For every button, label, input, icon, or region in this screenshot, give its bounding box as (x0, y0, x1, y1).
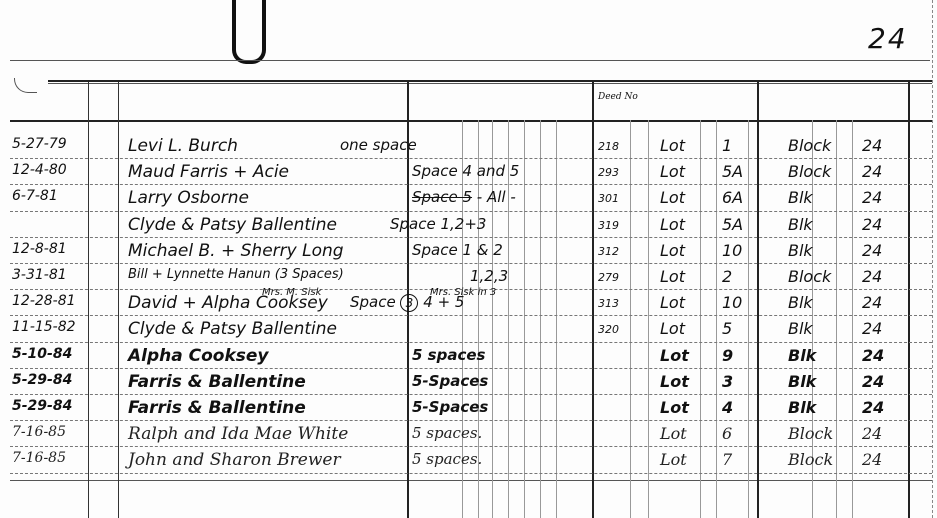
entry-date: 11-15-82 (12, 319, 76, 335)
entry-lot: 5 (722, 319, 732, 338)
entry-block-label: Blk (788, 293, 813, 312)
row-rule (10, 446, 932, 447)
entry-block: 24 (862, 346, 884, 365)
entry-spaces: 5 spaces. (412, 450, 482, 468)
spaces-value: - All - (472, 188, 516, 206)
entry-deed-number: 279 (598, 271, 619, 284)
entry-date: 12-8-81 (12, 241, 67, 257)
row-rule (10, 342, 932, 343)
deed-number-header: Deed No (598, 92, 638, 102)
entry-date: 3-31-81 (12, 267, 67, 283)
entry-block: 24 (862, 293, 882, 312)
ledger-row: Clyde & Patsy BallentineSpace 1,2+3319Lo… (0, 215, 937, 241)
entry-block-label: Block (788, 136, 831, 155)
entry-spaces: 5-Spaces (412, 372, 488, 390)
entry-deed-number: 218 (598, 140, 619, 153)
ledger-row: 12-4-80Maud Farris + AcieSpace 4 and 529… (0, 162, 937, 188)
ledger-row: 12-28-81David + Alpha CookseySpace 3 4 +… (0, 293, 937, 319)
entry-deed-number: 313 (598, 297, 619, 310)
header-top-rule-2 (48, 83, 932, 84)
entry-block-label: Blk (788, 241, 813, 260)
entry-block: 24 (862, 267, 882, 286)
entry-name: Alpha Cooksey (128, 346, 269, 366)
header-bottom-rule (10, 120, 932, 122)
header-top-rule (48, 80, 932, 82)
entry-name: Clyde & Patsy Ballentine (128, 319, 337, 339)
ledger-row: 5-27-79Levi L. Burchone space218Lot1Bloc… (0, 136, 937, 162)
entry-lot: 5A (722, 162, 743, 181)
entry-block: 24 (862, 398, 884, 417)
entry-spaces: 1,2,3 (470, 267, 508, 285)
entry-name: Farris & Ballentine (128, 398, 306, 418)
entry-date: 5-10-84 (12, 346, 72, 362)
entry-name: Maud Farris + Acie (128, 162, 289, 182)
entry-block-label: Blk (788, 398, 816, 417)
entry-spaces: 5 spaces (412, 346, 485, 364)
entry-lot-label: Lot (660, 346, 689, 365)
entry-date: 6-7-81 (12, 188, 58, 204)
entry-lot-label: Lot (660, 267, 685, 286)
entry-lot: 6 (722, 424, 732, 443)
entry-lot: 6A (722, 188, 743, 207)
entry-lot: 2 (722, 267, 732, 286)
entry-deed-number: 319 (598, 219, 619, 232)
entry-lot-label: Lot (660, 424, 687, 443)
entry-lot: 10 (722, 293, 742, 312)
entry-lot: 9 (722, 346, 733, 365)
row-rule (10, 158, 932, 159)
entry-deed-number: 320 (598, 323, 619, 336)
ledger-row: 5-29-84Farris & Ballentine5-SpacesLot4Bl… (0, 398, 937, 424)
ledger-bottom-rule (10, 480, 932, 481)
entry-block-label: Blk (788, 188, 813, 207)
ledger-page: 24 Deed No 5-27-79Levi L. Burchone space… (0, 0, 937, 518)
ledger-row: 6-7-81Larry OsborneSpace 5 - All -301Lot… (0, 188, 937, 214)
entry-lot: 4 (722, 398, 733, 417)
top-rule (10, 60, 930, 61)
ledger-row: 12-8-81Michael B. + Sherry LongSpace 1 &… (0, 241, 937, 267)
entry-name: Larry Osborne (128, 188, 249, 208)
row-rule (10, 368, 932, 369)
entry-deed-number: 312 (598, 245, 619, 258)
entry-block: 24 (862, 241, 882, 260)
ledger-row: 7-16-85John and Sharon Brewer5 spaces.Lo… (0, 450, 937, 476)
entry-block: 24 (862, 450, 882, 469)
entry-block: 24 (862, 215, 882, 234)
row-rule (10, 263, 932, 264)
ledger-row: 7-16-85Ralph and Ida Mae White5 spaces.L… (0, 424, 937, 450)
entry-lot-label: Lot (660, 241, 685, 260)
name-annotation: Mrs. M. Sisk (262, 287, 321, 298)
entry-date: 5-29-84 (12, 398, 72, 414)
entry-lot-label: Lot (660, 215, 685, 234)
entry-spaces: Space 4 and 5 (412, 162, 519, 180)
entry-block-label: Blk (788, 346, 816, 365)
entry-deed-number: 293 (598, 166, 619, 179)
entry-block: 24 (862, 136, 882, 155)
entry-date: 7-16-85 (12, 424, 66, 440)
entry-spaces: 5-Spaces (412, 398, 488, 416)
entry-date: 7-16-85 (12, 450, 66, 466)
entry-date: 5-29-84 (12, 372, 72, 388)
entry-lot: 3 (722, 372, 733, 391)
entry-deed-number: 301 (598, 192, 619, 205)
entry-lot-label: Lot (660, 372, 689, 391)
entry-lot-label: Lot (660, 293, 685, 312)
entry-name: Bill + Lynnette Hanun (3 Spaces) (128, 267, 344, 282)
spaces-annotation: Mrs. Sisk in 3 (430, 287, 496, 298)
entry-block-label: Block (788, 162, 831, 181)
page-number: 24 (868, 22, 908, 55)
entry-lot: 1 (722, 136, 732, 155)
circled-space: 3 (400, 294, 418, 312)
row-rule (10, 420, 932, 421)
entry-spaces: Space 1 & 2 (412, 241, 503, 259)
entry-name: Farris & Ballentine (128, 372, 306, 392)
row-rule (10, 315, 932, 316)
entry-name: John and Sharon Brewer (128, 450, 341, 470)
entry-block: 24 (862, 424, 882, 443)
entry-block: 24 (862, 162, 882, 181)
entry-lot: 7 (722, 450, 732, 469)
entry-date: 12-4-80 (12, 162, 67, 178)
entry-name: Levi L. Burch (128, 136, 238, 156)
row-rule (10, 237, 932, 238)
entry-date: 12-28-81 (12, 293, 76, 309)
struck-spaces: Space 5 (412, 188, 472, 206)
row-rule (10, 473, 932, 474)
entry-spaces: 5 spaces. (412, 424, 482, 442)
entry-block: 24 (862, 372, 884, 391)
entry-block: 24 (862, 319, 882, 338)
entry-block-label: Block (788, 267, 831, 286)
entry-lot-label: Lot (660, 450, 687, 469)
entry-block: 24 (862, 188, 882, 207)
binder-ring-icon (232, 0, 266, 64)
ledger-row: 5-29-84Farris & Ballentine5-SpacesLot3Bl… (0, 372, 937, 398)
spaces-label: Space (350, 293, 400, 311)
entry-lot: 10 (722, 241, 742, 260)
entry-lot-label: Lot (660, 188, 685, 207)
entry-spaces: Space 5 - All - (412, 188, 516, 206)
entry-block-label: Blk (788, 319, 813, 338)
entry-spaces: Space 1,2+3 (390, 215, 486, 233)
row-rule (10, 184, 932, 185)
row-rule (10, 211, 932, 212)
entry-block-label: Block (788, 424, 833, 443)
punch-hole-icon (14, 78, 37, 93)
entry-lot-label: Lot (660, 319, 685, 338)
entry-lot-label: Lot (660, 162, 685, 181)
entry-lot-label: Lot (660, 398, 689, 417)
entry-spaces: one space (340, 136, 417, 154)
entry-block-label: Blk (788, 372, 816, 391)
row-rule (10, 394, 932, 395)
entry-block-label: Block (788, 450, 833, 469)
entry-lot-label: Lot (660, 136, 685, 155)
entry-name: Ralph and Ida Mae White (128, 424, 348, 444)
entry-date: 5-27-79 (12, 136, 67, 152)
entry-lot: 5A (722, 215, 743, 234)
ledger-row: 11-15-82Clyde & Patsy Ballentine320Lot5B… (0, 319, 937, 345)
entry-name: Clyde & Patsy Ballentine (128, 215, 337, 235)
entry-name: Michael B. + Sherry Long (128, 241, 344, 261)
entry-block-label: Blk (788, 215, 813, 234)
ledger-row: 5-10-84Alpha Cooksey5 spacesLot9Blk24 (0, 346, 937, 372)
